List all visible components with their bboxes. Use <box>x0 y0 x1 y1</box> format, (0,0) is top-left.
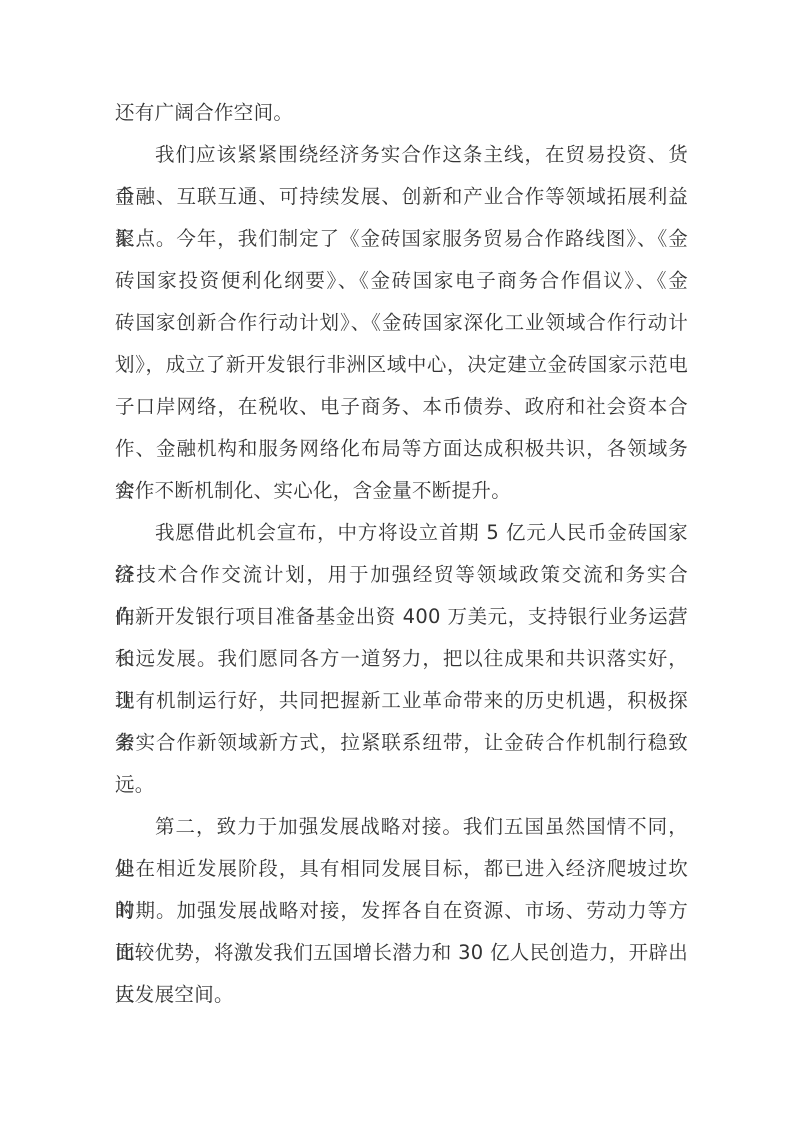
text-line: 子口岸网络，在税收、电子商务、本币债券、政府和社会资本合 <box>115 386 688 428</box>
text-line: 我愿借此机会宣布，中方将设立首期 5 亿元人民币金砖国家经 <box>115 512 688 554</box>
text-line: 金融、互联互通、可持续发展、创新和产业合作等领域拓展利益汇 <box>115 176 688 218</box>
document-page: 还有广阔合作空间。我们应该紧紧围绕经济务实合作这条主线，在贸易投资、货币金融、互… <box>0 0 800 1130</box>
text-line: 合作不断机制化、实心化，含金量不断提升。 <box>115 470 688 512</box>
text-line: 划》，成立了新开发银行非洲区域中心，决定建立金砖国家示范电 <box>115 344 688 386</box>
document-text-block: 还有广阔合作空间。我们应该紧紧围绕经济务实合作这条主线，在贸易投资、货币金融、互… <box>115 92 688 1016</box>
text-line: 我们应该紧紧围绕经济务实合作这条主线，在贸易投资、货币 <box>115 134 688 176</box>
text-line: 济技术合作交流计划，用于加强经贸等领域政策交流和务实合作。 <box>115 554 688 596</box>
text-line: 砖国家创新合作行动计划》、《金砖国家深化工业领域合作行动计 <box>115 302 688 344</box>
text-line: 处在相近发展阶段，具有相同发展目标，都已进入经济爬坡过坎的 <box>115 848 688 890</box>
text-line: 务实合作新领域新方式，拉紧联系纽带，让金砖合作机制行稳致 <box>115 722 688 764</box>
text-line: 长远发展。我们愿同各方一道努力，把以往成果和共识落实好，让 <box>115 638 688 680</box>
text-line: 还有广阔合作空间。 <box>115 92 688 134</box>
text-line: 作、金融机构和服务网络化布局等方面达成积极共识，各领域务实 <box>115 428 688 470</box>
text-line: 时期。加强发展战略对接，发挥各自在资源、市场、劳动力等方面 <box>115 890 688 932</box>
text-line: 大发展空间。 <box>115 974 688 1016</box>
text-line: 第二，致力于加强发展战略对接。我们五国虽然国情不同，但 <box>115 806 688 848</box>
text-line: 现有机制运行好，共同把握新工业革命带来的历史机遇，积极探索 <box>115 680 688 722</box>
text-line: 向新开发银行项目准备基金出资 400 万美元，支持银行业务运营和 <box>115 596 688 638</box>
text-line: 砖国家投资便利化纲要》、《金砖国家电子商务合作倡议》、《金 <box>115 260 688 302</box>
text-line: 比较优势，将激发我们五国增长潜力和 30 亿人民创造力，开辟出巨 <box>115 932 688 974</box>
text-line: 远。 <box>115 764 688 806</box>
text-line: 聚点。今年，我们制定了《金砖国家服务贸易合作路线图》、《金 <box>115 218 688 260</box>
